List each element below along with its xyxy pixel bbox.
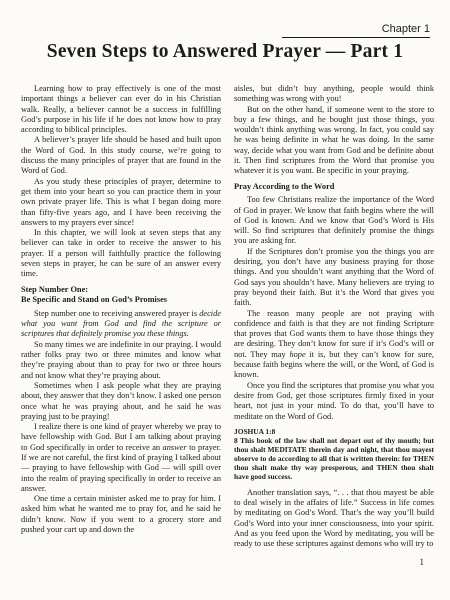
- paragraph: Too few Christians realize the importanc…: [234, 195, 434, 246]
- chapter-label: Chapter 1: [282, 23, 430, 38]
- paragraph: So many times we are indefinite in our p…: [21, 340, 221, 381]
- paragraph: Learning how to pray effectively is one …: [21, 84, 221, 135]
- paragraph: I realize there is one kind of prayer wh…: [21, 422, 221, 494]
- paragraph: The reason many people are not praying w…: [234, 309, 434, 381]
- paragraph: A believer’s prayer life should be based…: [21, 135, 221, 176]
- page-title: Seven Steps to Answered Prayer — Part 1: [0, 41, 450, 63]
- scripture-quote: JOSHUA 1:88 This book of the law shall n…: [234, 428, 434, 482]
- book-page: Chapter 1 Seven Steps to Answered Prayer…: [0, 0, 450, 600]
- left-column: Learning how to pray effectively is one …: [21, 84, 221, 558]
- paragraph: Sometimes when I ask people what they ar…: [21, 381, 221, 422]
- page-number: 1: [420, 557, 425, 567]
- paragraph: In this chapter, we will look at seven s…: [21, 228, 221, 279]
- paragraph: Step number one to receiving answered pr…: [21, 309, 221, 340]
- paragraph: If the Scriptures don’t promise you the …: [234, 247, 434, 309]
- two-column-body: Learning how to pray effectively is one …: [21, 84, 434, 558]
- section-heading: Step Number One:Be Specific and Stand on…: [21, 285, 221, 306]
- paragraph: One time a certain minister asked me to …: [21, 494, 221, 535]
- right-column: aisles, but didn’t buy anything, people …: [234, 84, 434, 558]
- paragraph: aisles, but didn’t buy anything, people …: [234, 84, 434, 105]
- paragraph: But on the other hand, if someone went t…: [234, 105, 434, 177]
- paragraph: Another translation says, “. . . that th…: [234, 488, 434, 550]
- paragraph: Once you find the scriptures that promis…: [234, 381, 434, 422]
- section-heading: Pray According to the Word: [234, 182, 434, 193]
- paragraph: As you study these principles of prayer,…: [21, 177, 221, 228]
